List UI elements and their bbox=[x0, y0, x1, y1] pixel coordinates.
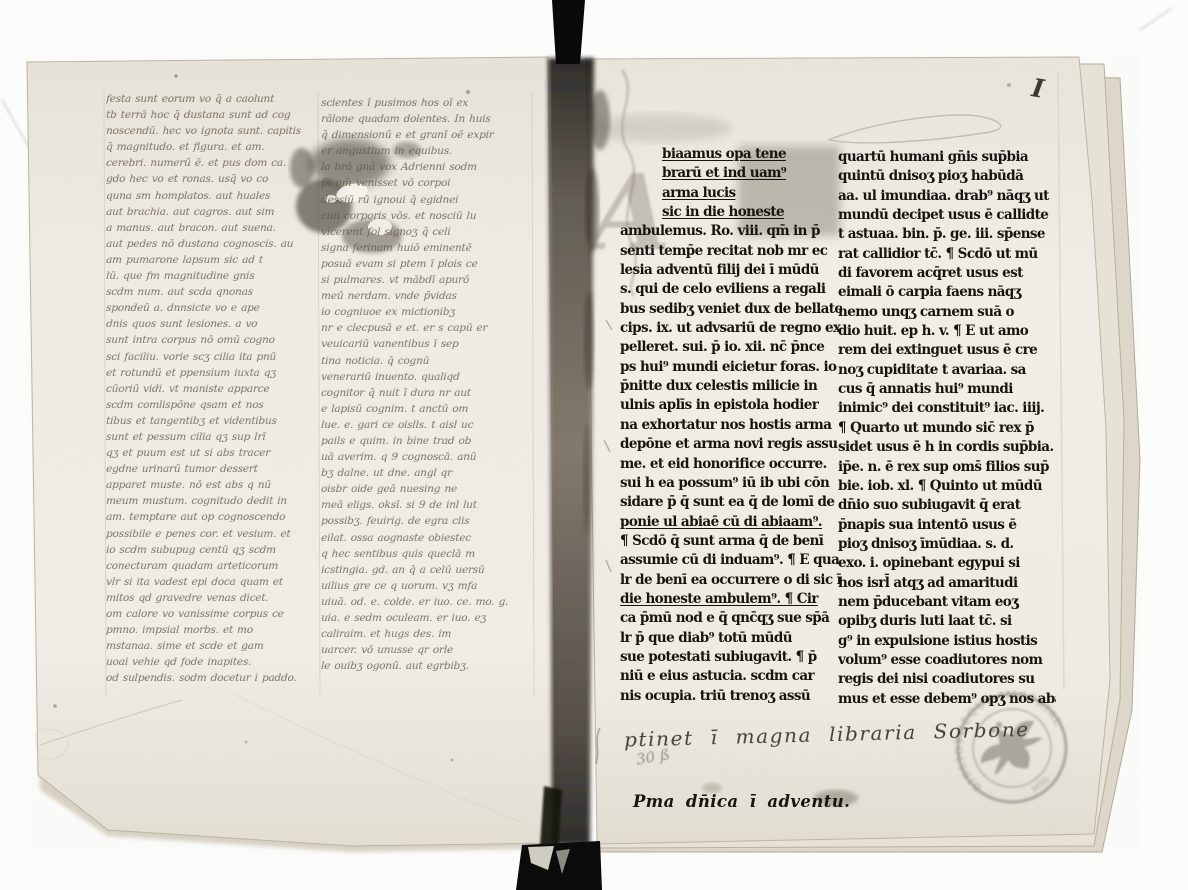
manuscript-text-line: tina noticia. q̄ cognū bbox=[321, 355, 533, 371]
manuscript-text-line: brarū et ind uam⁹ bbox=[620, 165, 842, 184]
manuscript-text-line: bus sedibʒ veniet dux de bellatoʒ bbox=[620, 301, 842, 320]
manuscript-text-line: t astuaa. bin. p̄. ge. iii. sp̄ense bbox=[838, 226, 1056, 245]
manuscript-text-line: dn̄io suo subiugavit q̄ erat bbox=[838, 497, 1056, 516]
manuscript-text-line: ambulemus. Ro. viii. qm̄ in p̄ bbox=[620, 223, 842, 242]
manuscript-text-line: volum⁹ esse coadiutores nom bbox=[838, 652, 1056, 671]
manuscript-text-line: dessiū rū ignoui q̄ egidnei bbox=[321, 194, 533, 210]
manuscript-text-line: nr e clecpusā e et. er s capū er bbox=[321, 322, 533, 338]
manuscript-text-line: cips. ix. ut advsariū de regno ex bbox=[620, 320, 842, 339]
manuscript-text-line: ulnis aplīs in epistola hodier bbox=[620, 397, 842, 416]
manuscript-text-line: die honeste ambulem⁹. ¶ Cir bbox=[620, 591, 842, 610]
manuscript-text-line: sunt et pessum cilia qʒ sup lrī bbox=[106, 431, 318, 447]
manuscript-text-line: hos isrl̄ atqʒ ad amaritudi bbox=[838, 575, 1056, 594]
manuscript-text-line: na exhortatur nos hostis arma bbox=[620, 417, 842, 436]
manuscript-text-line: uiuā. od. e. colde. er iuo. ce. mo. g. bbox=[321, 596, 533, 612]
manuscript-text-line: veuicariū vanentibus ī sep bbox=[321, 338, 533, 354]
manuscript-text-line: nis ocupia. triū trenoʒ assū bbox=[620, 688, 842, 707]
manuscript-text-line: pails e quim. in bine trad ob bbox=[321, 435, 533, 451]
manuscript-text-line: pmno. impsial morbs. et mo bbox=[106, 624, 318, 640]
manuscript-text-line: s. qui de celo eviliens a regali bbox=[620, 281, 842, 300]
manuscript-text-line: rat callidior tc̄. ¶ Scdō ut mū bbox=[838, 246, 1056, 265]
manuscript-text-line: tibus et tangentibʒ et videntibus bbox=[106, 415, 318, 431]
liturgical-note: Pma dn̄ica ī adventu. bbox=[633, 792, 850, 811]
manuscript-text-line: posuā evam si ptem ī plois ce bbox=[321, 258, 533, 274]
manuscript-text-line: oisbr oide geā nuesing ne bbox=[321, 483, 533, 499]
manuscript-text-line: sue potestati subiugavit. ¶ p̄ bbox=[620, 649, 842, 668]
manuscript-text-line: pioʒ dnisoʒ īmūdiaa. s. d. bbox=[838, 536, 1056, 555]
manuscript-text-line: qʒ et puum est ut si abs tracer bbox=[106, 447, 318, 463]
manuscript-text-line: nem p̄ducebant vitam eoʒ bbox=[838, 594, 1056, 613]
manuscript-text-line: nemo unqʒ carnem suā o bbox=[838, 304, 1056, 323]
manuscript-text-line: dnis quos sunt lesiones. a vo bbox=[106, 318, 318, 334]
manuscript-text-line: festa sunt eorum vo q̄ a caolunt bbox=[106, 93, 318, 109]
manuscript-text-line: di favorem acq̄ret usus est bbox=[838, 265, 1056, 284]
manuscript-text-line: meum mustum. cognitudo dedit in bbox=[106, 495, 318, 511]
manuscript-text-line: bie. iob. xl. ¶ Quinto ut mūdū bbox=[838, 478, 1056, 497]
manuscript-text-line: am. temptare aut op cognoscendo bbox=[106, 511, 318, 527]
manuscript-text-line: opibʒ duris luti laat tc̄. si bbox=[838, 613, 1056, 632]
manuscript-photo: BIBLIOTHÈQUE IMPÉRIALE MSS A festa sunt … bbox=[0, 0, 1188, 890]
manuscript-text-line: vlr si ita vadest epi doca quam et bbox=[106, 576, 318, 592]
manuscript-text-line: aa. ul imundiaa. drab⁹ nāqʒ ut bbox=[838, 188, 1056, 207]
manuscript-text-line: ponie ul abiaē cū di abiaam⁹. bbox=[620, 514, 842, 533]
manuscript-text-line: lue. e. gari ce oislls. t aisl uc bbox=[321, 419, 533, 435]
manuscript-text-line: q̄ dimensionū e et granī oē expir bbox=[321, 129, 533, 145]
manuscript-text-line: e lapisū cognim. t anctū om bbox=[321, 403, 533, 419]
manuscript-text-line: uilius gre ce q uorum. vʒ mfa bbox=[321, 580, 533, 596]
manuscript-text-line: egdne urinarū tumor dessert bbox=[106, 463, 318, 479]
manuscript-text-line: er angustium in equibus. bbox=[321, 145, 533, 161]
manuscript-text-line: p̄napis sua intentō usus ē bbox=[838, 517, 1056, 536]
manuscript-text-line: uā averim. q 9 cognoscā. anū bbox=[321, 451, 533, 467]
manuscript-text-line: sic in die honeste bbox=[620, 204, 842, 223]
manuscript-text-line: lū. que fm magnitudine gnis bbox=[106, 270, 318, 286]
manuscript-text-line: ip̄e. n. ē rex sup oms̄ filios sup̄ bbox=[838, 459, 1056, 478]
binding-strap-top bbox=[552, 0, 585, 64]
manuscript-text-line: cus q̄ annatis hui⁹ mundi bbox=[838, 381, 1056, 400]
manuscript-text-line: io cogniuoe ex mictionibʒ bbox=[321, 306, 533, 322]
manuscript-text-line: q hec sentibus quis queclā m bbox=[321, 548, 533, 564]
manuscript-text-line: lr de benī ea occurrere o di sic ī bbox=[620, 572, 842, 591]
manuscript-text-line: ps hui⁹ mundi eicietur foras. io bbox=[620, 359, 842, 378]
manuscript-text-line: sidet usus ē h in cordis sup̄bia. bbox=[838, 439, 1056, 458]
manuscript-text-line: scientes ī pusimos hos oī ex bbox=[321, 97, 533, 113]
manuscript-text-line: cun corporis vōs. et nosciū lu bbox=[321, 210, 533, 226]
manuscript-text-line: possibile e penes cor. et vesium. et bbox=[106, 528, 318, 544]
manuscript-text-line: tb terrā hoc q̄ dustana sunt ad cog bbox=[106, 109, 318, 125]
manuscript-text-line: signa ferinam huiō eminentē bbox=[321, 242, 533, 258]
manuscript-text-line: mitos qd gravedre venas dicet. bbox=[106, 592, 318, 608]
manuscript-text-line: niū e eius astucia. scdm car bbox=[620, 668, 842, 687]
manuscript-text-line: mundū decipet usus ē callidte bbox=[838, 207, 1056, 226]
manuscript-text-line: meā eligs. oksī. si 9 de inl lut bbox=[321, 499, 533, 515]
manuscript-text-line: od sulpendis. sodm docetur i paddo. bbox=[106, 672, 318, 688]
manuscript-text-line: uoai vehie qd fode inapites. bbox=[106, 656, 318, 672]
manuscript-text-line: quna sm homplatos. aut huales bbox=[106, 190, 318, 206]
manuscript-text-line: aut pedes nō dustana cognoscis. au bbox=[106, 238, 318, 254]
left-page-column-1: festa sunt eorum vo q̄ a caolunttb terrā… bbox=[106, 93, 318, 693]
manuscript-text-line: le ouibʒ ogonū. aut egrbibʒ. bbox=[321, 660, 533, 676]
manuscript-text-line: ca p̄mū nod e q̄ qnc̄qʒ sue sp̄ā bbox=[620, 610, 842, 629]
manuscript-text-line: eilat. ossa aognaste obiestec bbox=[321, 532, 533, 548]
manuscript-text-line: vicerent fol signoʒ q̄ celi bbox=[321, 226, 533, 242]
manuscript-text-line: rem dei extinguet usus ē cre bbox=[838, 342, 1056, 361]
manuscript-text-line: dio huit. ep h. v. ¶ E ut amo bbox=[838, 323, 1056, 342]
right-page-column-2: quartū humani gn̄is sup̄biaquintū dnisoʒ… bbox=[838, 149, 1056, 715]
manuscript-text-line: am pumarone lapsum sic ad t bbox=[106, 254, 318, 270]
manuscript-text-line: assumie cū di induam⁹. ¶ E qua bbox=[620, 552, 842, 571]
manuscript-text-line: noscendū. hec vo ignota sunt. capitis bbox=[106, 125, 318, 141]
manuscript-text-line: eimali ō carpia faens nāqʒ bbox=[838, 284, 1056, 303]
manuscript-text-line: aut brachia. aut cagros. aut sim bbox=[106, 206, 318, 222]
manuscript-text-line: arma lucis bbox=[620, 185, 842, 204]
manuscript-text-line: apparet muste. nō est abs q nū bbox=[106, 479, 318, 495]
manuscript-text-line: venerariū inuento. qualiqd bbox=[321, 371, 533, 387]
manuscript-text-line: mus et esse debem⁹ opʒ nos aba bbox=[838, 691, 1056, 710]
manuscript-text-line: a manus. aut bracon. aut suena. bbox=[106, 222, 318, 238]
manuscript-text-line: cerebri. numerū ē. et pus dom ca. bbox=[106, 157, 318, 173]
manuscript-text-line: si pulmares. vt mābdī apurō bbox=[321, 274, 533, 290]
manuscript-text-line: ¶ Quarto ut mundo sic̄ rex p̄ bbox=[838, 420, 1056, 439]
manuscript-text-line: biaamus opa tene bbox=[620, 146, 842, 165]
manuscript-text-line: lesia adventū filij dei ī mūdū bbox=[620, 262, 842, 281]
manuscript-text-line: meū nerdam. vnde p̄vidas bbox=[321, 290, 533, 306]
manuscript-text-line: senti temp̄e recitat nob mr ec bbox=[620, 243, 842, 262]
manuscript-text-line: om calore vo vanissime corpus ce bbox=[106, 608, 318, 624]
manuscript-text-line: possibʒ. feuirig. de egra clis bbox=[321, 515, 533, 531]
manuscript-text-line: ¶ Scdō q̄ sunt arma q̄ de benī bbox=[620, 533, 842, 552]
manuscript-text-line: mstanaa. sime et scde et gam bbox=[106, 640, 318, 656]
manuscript-text-line: depōne et arma novi regis assu bbox=[620, 436, 842, 455]
manuscript-text-line: sci faciliu. vorie scʒ cilia ita pnū bbox=[106, 351, 318, 367]
manuscript-text-line: uarcer. vō unusse qr orle bbox=[321, 644, 533, 660]
manuscript-text-line: pelleret. sui. p̄ io. xii. nc̄ p̄nce bbox=[620, 339, 842, 358]
manuscript-text-line: uia. e sedm oculeam. er iuo. eʒ bbox=[321, 612, 533, 628]
manuscript-text-line: io scdm subupug centū qʒ scdm bbox=[106, 544, 318, 560]
manuscript-text-line: noʒ cupiditate t avariaa. sa bbox=[838, 362, 1056, 381]
manuscript-text-line: exo. i. opinebant egypui si bbox=[838, 555, 1056, 574]
manuscript-text-line: lr p̄ que diab⁹ totū mūdū bbox=[620, 630, 842, 649]
manuscript-text-line: quintū dnisoʒ pioʒ habūdā bbox=[838, 168, 1056, 187]
manuscript-text-line: g⁹ in expulsione istius hostis bbox=[838, 633, 1056, 652]
manuscript-text-line: icstingia. gd. an q̄ a celū uersū bbox=[321, 564, 533, 580]
manuscript-text-line: cognitor q̄ nuit ī dura nr aut bbox=[321, 387, 533, 403]
manuscript-text-line: sidare p̄ q̄ sunt ea q̄ de lomī de bbox=[620, 494, 842, 513]
manuscript-text-line: scdm num. aut scda qnonas bbox=[106, 286, 318, 302]
manuscript-text-line: la brā gnā vox Adrienni sodm bbox=[321, 161, 533, 177]
manuscript-text-line: p̄nitte dux celestis milicie in bbox=[620, 378, 842, 397]
manuscript-text-line: me. et eid honorifice occurre. bbox=[620, 456, 842, 475]
manuscript-text-line: et rotundū et ppensium iuxta qʒ bbox=[106, 367, 318, 383]
manuscript-text-line: quartū humani gn̄is sup̄bia bbox=[838, 149, 1056, 168]
manuscript-text-line: gdo hec vo et ronas. usq̄ vo co bbox=[106, 173, 318, 189]
right-page-column-1: biaamus opa tenebrarū et ind uam⁹arma lu… bbox=[620, 146, 842, 712]
manuscript-text-line: regis dei nisi coadiutores su bbox=[838, 671, 1056, 690]
manuscript-text-line: conecturam quadam arteticorum bbox=[106, 560, 318, 576]
manuscript-text-line: sunt intra corpus nō omū cogno bbox=[106, 334, 318, 350]
manuscript-text-line: scdm comlispōne qsam et nos bbox=[106, 399, 318, 415]
manuscript-text-line: q̄ magnitudo. et figura. et am. bbox=[106, 141, 318, 157]
manuscript-text-line: spondeū a. dnnsicte vo e ape bbox=[106, 302, 318, 318]
manuscript-text-line: sui h ea possum⁹ iū ib ubi cōn bbox=[620, 475, 842, 494]
manuscript-text-line: cūoriū vidi. vt maniste apparce bbox=[106, 383, 318, 399]
left-page-column-2: scientes ī pusimos hos oī exrālone quada… bbox=[321, 97, 533, 697]
manuscript-text-line: caliraim. et hugs des. im bbox=[321, 628, 533, 644]
manuscript-text-line: inimic⁹ dei constituit⁹ iac. iiij. bbox=[838, 400, 1056, 419]
manuscript-text-line: bʒ dalne. ut dne. angl qr bbox=[321, 467, 533, 483]
manuscript-text-line: rālone quadam dolentes. In huis bbox=[321, 113, 533, 129]
manuscript-text-line: p̄t om̄ venisset vō corpoi bbox=[321, 177, 533, 193]
